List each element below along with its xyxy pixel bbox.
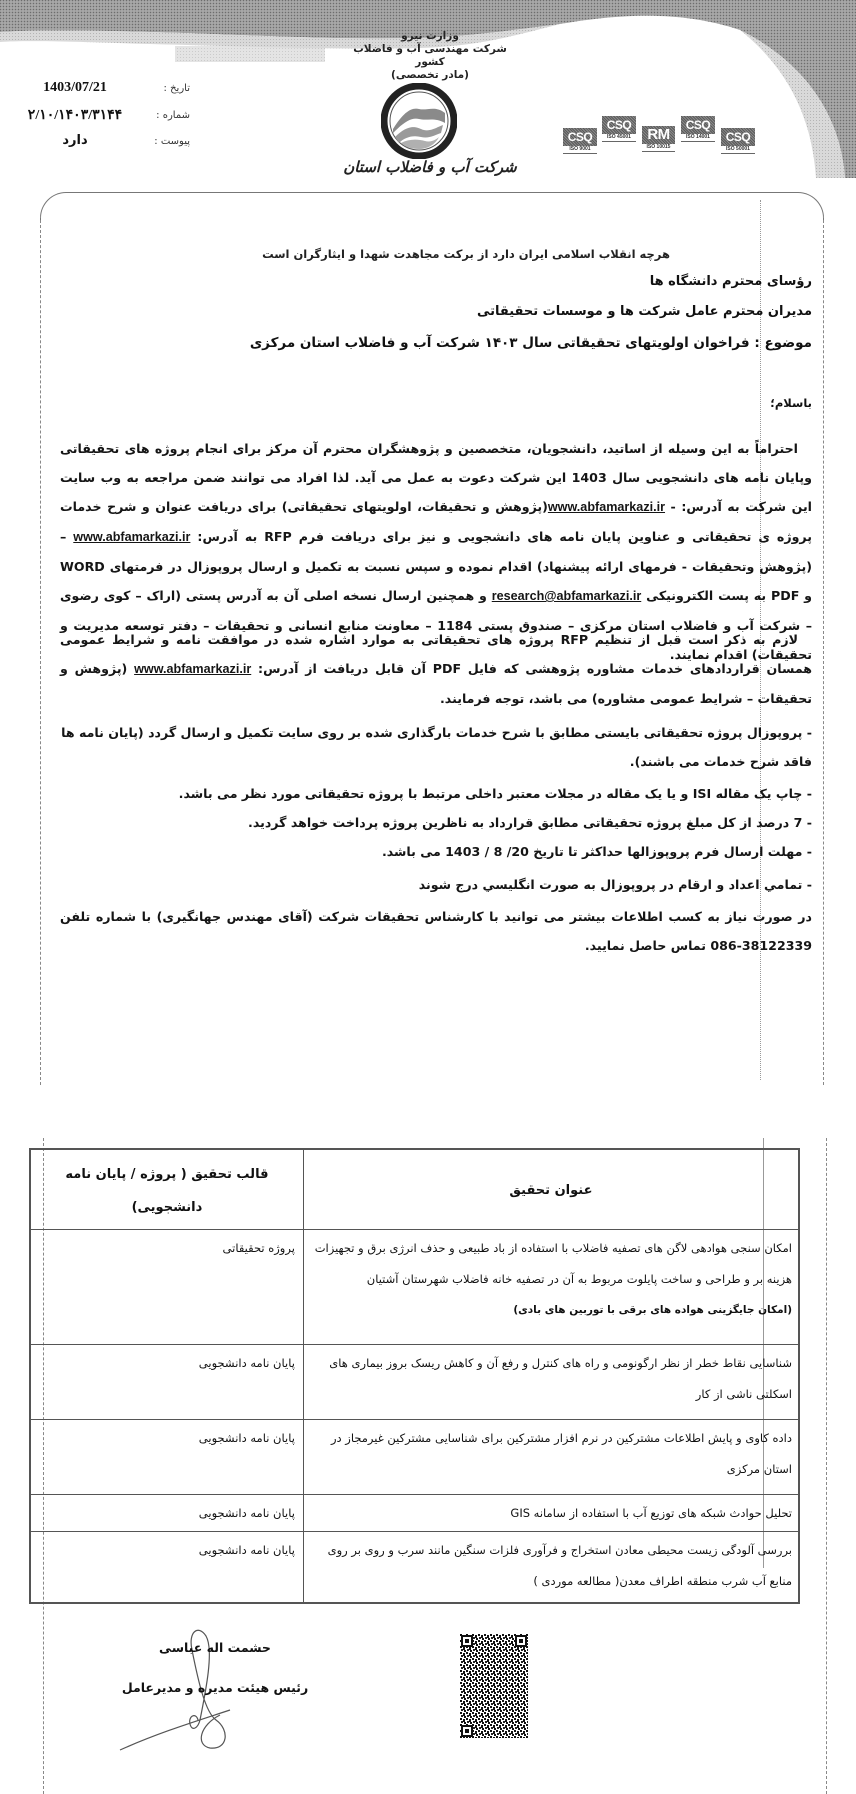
- header-research-type: قالب تحقیق ( پروژه / پایان نامه دانشجویی…: [30, 1149, 303, 1229]
- table-row: شناسایی نقاط خطر از نظر ارگونومی و راه ه…: [30, 1344, 799, 1419]
- cert-badge-iso-45001: CSQ ISO 45001: [602, 116, 636, 142]
- company-name-calligraphy: شرکت آب و فاضلاب استان مرکزی: [330, 158, 530, 178]
- meta-number: شماره : ۲/۱۰/۱۴۰۳/۳۱۴۴: [20, 107, 190, 127]
- bullet-english-numerals: - تمامي اعداد و ارقام در پروپوزال به صور…: [60, 870, 812, 899]
- table-row: بررسی آلودگی زیست محیطی معادن استخراج و …: [30, 1531, 799, 1603]
- closing-contact: در صورت نیاز به کسب اطلاعات بیشتر می توا…: [60, 902, 812, 960]
- research-title-note: (امکان جایگزینی هواده های برقی با توربین…: [312, 1295, 792, 1326]
- research-type-cell: پایان نامه دانشجویی: [30, 1344, 303, 1419]
- meta-number-value: ۲/۱۰/۱۴۰۳/۳۱۴۴: [20, 107, 130, 124]
- page-frame-top: [40, 192, 824, 222]
- table-header-row: عنوان تحقیق قالب تحقیق ( پروژه / پایان ن…: [30, 1149, 799, 1229]
- research-title-cell: امکان سنجی هوادهی لاگن های تصفیه فاضلاب …: [303, 1229, 799, 1344]
- website-link[interactable]: www.abfamarkazi.ir: [548, 500, 665, 514]
- meta-date-label: تاریخ :: [164, 83, 190, 94]
- header-research-title: عنوان تحقیق: [303, 1149, 799, 1229]
- research-title-cell: شناسایی نقاط خطر از نظر ارگونومی و راه ه…: [303, 1344, 799, 1419]
- research-type-cell: پروژه تحقیقاتی: [30, 1229, 303, 1344]
- meta-attachment: پیوست : دارد: [20, 133, 190, 153]
- research-title-cell: بررسی آلودگی زیست محیطی معادن استخراج و …: [303, 1531, 799, 1603]
- cert-badge-iso-50001: CSQ ISO 50001: [721, 128, 755, 154]
- addressee-research-institutes: مدیران محترم عامل شرکت ها و موسسات تحقیق…: [477, 304, 812, 319]
- cert-badge-iso-14001: CSQ ISO 14001: [681, 116, 715, 142]
- meta-date: تاریخ : 1403/07/21: [20, 80, 190, 100]
- letter-subject: موضوع : فراخوان اولویتهای تحقیقاتی سال ۱…: [250, 335, 812, 351]
- subject-label: موضوع :: [754, 335, 812, 351]
- parent-company-name: شرکت مهندسی آب و فاضلاب کشور: [340, 43, 520, 69]
- table-row: تحلیل حوادث شبکه های توزیع آب با استفاده…: [30, 1494, 799, 1531]
- page-frame-right: [823, 215, 824, 1085]
- salutation: باسلام؛: [770, 396, 812, 410]
- addressee-universities: رؤسای محترم دانشگاه ها: [650, 274, 812, 289]
- bullet-publication-requirement: - چاپ یک مقاله ISI و یا یک مقاله در مجلا…: [60, 779, 812, 808]
- research-type-cell: پایان نامه دانشجویی: [30, 1419, 303, 1494]
- website-link-terms[interactable]: www.abfamarkazi.ir: [134, 662, 251, 676]
- meta-number-label: شماره :: [156, 110, 190, 121]
- ministry-header: وزارت نیرو شرکت مهندسی آب و فاضلاب کشور …: [340, 30, 520, 82]
- research-type-cell: پایان نامه دانشجویی: [30, 1531, 303, 1603]
- cert-badge-iso-9001: CSQ ISO 9001: [563, 128, 597, 154]
- bullet-proposal-requirements: - پروپوزال پروژه تحقیقاتی بایستی مطابق ب…: [60, 718, 812, 776]
- letterhead: وزارت نیرو شرکت مهندسی آب و فاضلاب کشور …: [0, 0, 856, 178]
- meta-attachment-value: دارد: [20, 133, 130, 148]
- meta-attachment-label: پیوست :: [154, 136, 190, 147]
- meta-date-value: 1403/07/21: [20, 80, 130, 96]
- letter-motto: هرچه انقلاب اسلامی ایران دارد از برکت مج…: [60, 247, 812, 261]
- page-frame-right-lower: [826, 1138, 827, 1794]
- research-title-cell: داده کاوی و پایش اطلاعات مشترکین در نرم …: [303, 1419, 799, 1494]
- page-frame-left: [40, 215, 41, 1085]
- research-type-cell: پایان نامه دانشجویی: [30, 1494, 303, 1531]
- bullet-deadline: - مهلت ارسال فرم پروپوزالها حداکثر تا تا…: [60, 837, 812, 866]
- research-topics-table: عنوان تحقیق قالب تحقیق ( پروژه / پایان ن…: [29, 1148, 800, 1604]
- cert-badge-iso-10015: RM ISO 10015: [642, 126, 675, 152]
- ministry-name: وزارت نیرو: [340, 30, 520, 43]
- research-title-cell: تحلیل حوادث شبکه های توزیع آب با استفاده…: [303, 1494, 799, 1531]
- subject-text: فراخوان اولویتهای تحقیقاتی سال ۱۴۰۳ شرکت…: [250, 335, 750, 351]
- signatory-title: رئیس هیئت مدیره و مدیرعامل: [120, 1680, 310, 1695]
- table-row: امکان سنجی هوادهی لاگن های تصفیه فاضلاب …: [30, 1229, 799, 1344]
- qr-code-icon: [460, 1634, 528, 1738]
- signatory-name: حشمت اله عباسی: [140, 1640, 290, 1655]
- table-row: داده کاوی و پایش اطلاعات مشترکین در نرم …: [30, 1419, 799, 1494]
- website-link-rfp[interactable]: www.abfamarkazi.ir: [73, 530, 190, 544]
- bullet-supervisor-payment: - 7 درصد از کل مبلغ پروژه تحقیقاتی مطابق…: [60, 808, 812, 837]
- water-wave-emblem-icon: [381, 83, 457, 159]
- paragraph-rfp-note: لازم به ذکر است قبل از تنظیم RFP پروژه ه…: [60, 625, 812, 713]
- research-email-link[interactable]: research@abfamarkazi.ir: [492, 589, 642, 603]
- parent-company-type: (مادر تخصصی): [340, 69, 520, 82]
